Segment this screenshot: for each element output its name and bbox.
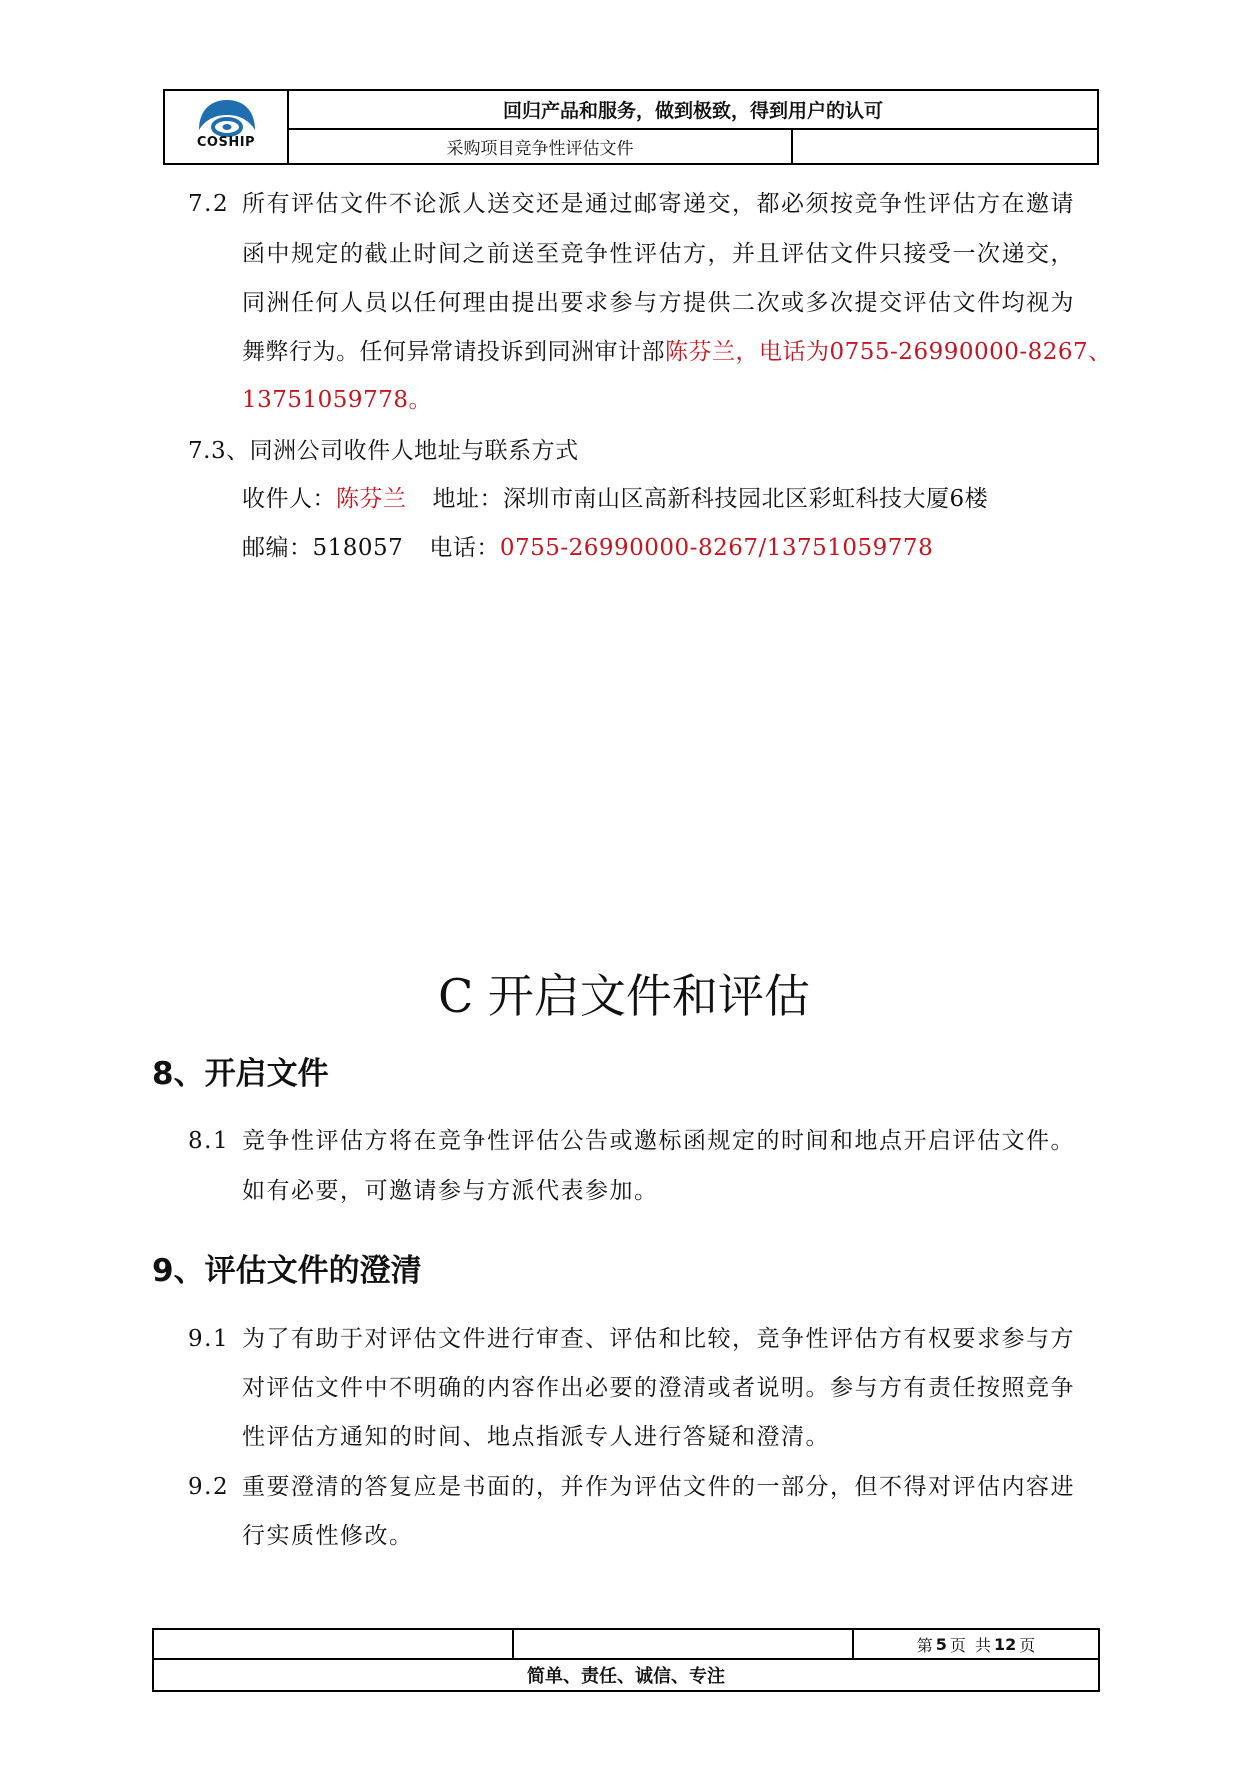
header-empty-cell xyxy=(793,130,1097,163)
header-slogan: 回归产品和服务，做到极致，得到用户的认可 xyxy=(289,91,1097,130)
footer-motto: 简单、责任、诚信、专注 xyxy=(154,1660,1098,1690)
clause-8-1-number: 8.1 xyxy=(188,1126,229,1156)
footer-empty-cell-1 xyxy=(154,1630,514,1660)
clause-7-2-number: 7.2 xyxy=(188,189,229,219)
recipient-row: 收件人：陈芬兰地址：深圳市南山区高新科技园北区彩虹科技大厦6楼 xyxy=(242,484,988,514)
logo-text: COSHIP xyxy=(165,135,287,150)
clause-9-1-line-1: 为了有助于对评估文件进行审查、评估和比较，竞争性评估方有权要求参与方 xyxy=(242,1324,1075,1354)
clause-9-1-number: 9.1 xyxy=(188,1324,229,1354)
page-mid: 页 共 xyxy=(950,1633,991,1656)
clause-9-1-line-3: 性评估方通知的时间、地点指派专人进行答疑和澄清。 xyxy=(242,1422,830,1452)
page-number: 第 5 页 共 12 页 xyxy=(854,1630,1098,1660)
section-9-heading: 9、评估文件的澄清 xyxy=(152,1253,422,1289)
recipient-name: 陈芬兰 xyxy=(336,486,407,512)
clause-7-2-line-3: 同洲任何人员以任何理由提出要求参与方提供二次或多次提交评估文件均视为 xyxy=(242,288,1075,318)
page-total: 12 xyxy=(994,1635,1016,1654)
postcode-value: 518057 xyxy=(313,535,404,561)
footer-empty-cell-2 xyxy=(514,1630,854,1660)
section-8-heading: 8、开启文件 xyxy=(152,1056,329,1092)
postcode-label: 邮编： xyxy=(242,535,313,561)
clause-7-2-line-4-text: 舞弊行为。任何异常请投诉到同洲审计部 xyxy=(242,339,665,365)
address-label: 地址： xyxy=(433,486,504,512)
clause-7-2-line-4: 舞弊行为。任何异常请投诉到同洲审计部陈芬兰，电话为0755-26990000-8… xyxy=(242,337,1112,367)
phone-value: 0755-26990000-8267/13751059778 xyxy=(500,535,933,561)
header-doc-title: 采购项目竞争性评估文件 xyxy=(289,130,793,163)
page-current: 5 xyxy=(936,1635,947,1654)
page-header-table: COSHIP 回归产品和服务，做到极致，得到用户的认可 采购项目竞争性评估文件 xyxy=(163,89,1099,165)
logo-cell: COSHIP xyxy=(165,91,289,163)
clause-9-2-line-2: 行实质性修改。 xyxy=(242,1521,414,1551)
address-value: 深圳市南山区高新科技园北区彩虹科技大厦6楼 xyxy=(503,486,988,512)
clause-7-2-line-1: 所有评估文件不论派人送交还是通过邮寄递交，都必须按竞争性评估方在邀请 xyxy=(242,189,1075,219)
clause-7-3-heading: 7.3、同洲公司收件人地址与联系方式 xyxy=(188,436,579,466)
clause-7-2-line-2: 函中规定的截止时间之前送至竞争性评估方，并且评估文件只接受一次递交， xyxy=(242,239,1075,269)
clause-8-1-line-1: 竞争性评估方将在竞争性评估公告或邀标函规定的时间和地点开启评估文件。 xyxy=(242,1126,1075,1156)
phone-label: 电话： xyxy=(429,535,500,561)
page-prefix: 第 xyxy=(917,1633,933,1656)
page-footer-table: 第 5 页 共 12 页 简单、责任、诚信、专注 xyxy=(152,1628,1100,1692)
coship-logo-icon xyxy=(187,96,267,160)
clause-9-2-number: 9.2 xyxy=(188,1472,229,1502)
clause-8-1-line-2: 如有必要，可邀请参与方派代表参加。 xyxy=(242,1176,659,1206)
postcode-row: 邮编：518057电话：0755-26990000-8267/137510597… xyxy=(242,533,933,563)
page-suffix: 页 xyxy=(1019,1633,1035,1656)
audit-contact-mobile: 13751059778。 xyxy=(242,385,432,415)
section-c-title: C 开启文件和评估 xyxy=(0,970,1248,1022)
audit-contact-highlight: 陈芬兰，电话为0755-26990000-8267、 xyxy=(665,339,1112,365)
clause-9-2-line-1: 重要澄清的答复应是书面的，并作为评估文件的一部分，但不得对评估内容进 xyxy=(242,1472,1075,1502)
clause-9-1-line-2: 对评估文件中不明确的内容作出必要的澄清或者说明。参与方有责任按照竞争 xyxy=(242,1373,1075,1403)
recipient-label: 收件人： xyxy=(242,486,336,512)
